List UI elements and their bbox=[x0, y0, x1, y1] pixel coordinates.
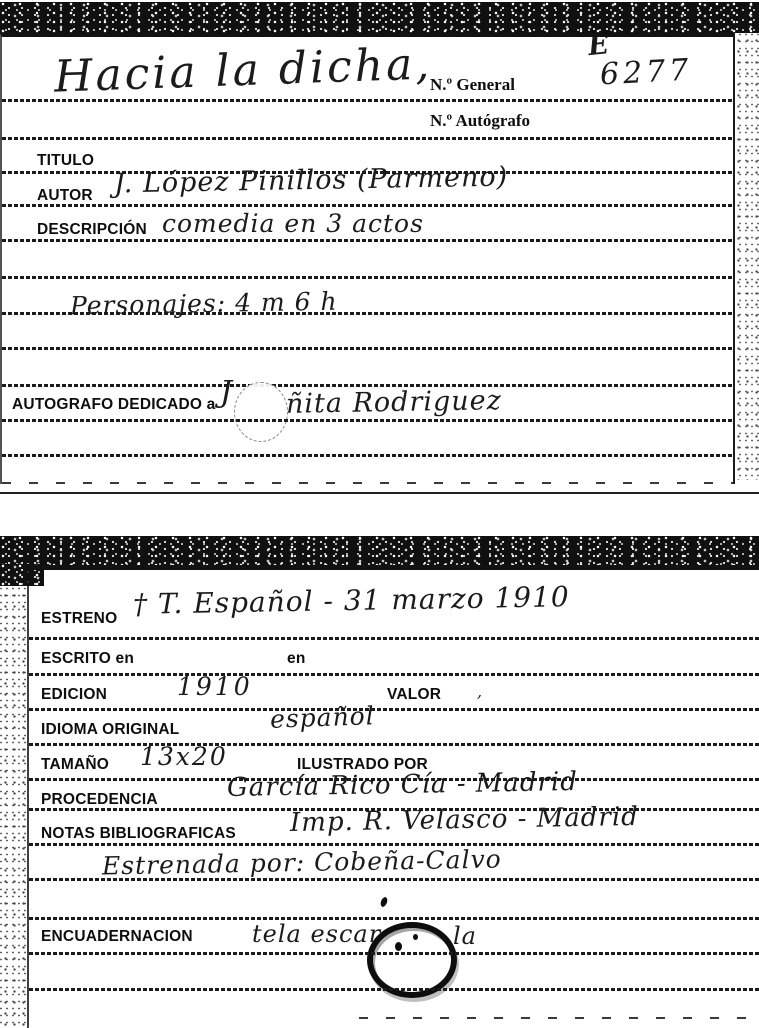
idioma-label: IDIOMA ORIGINAL bbox=[41, 721, 179, 739]
descripcion-label: DESCRIPCIÓN bbox=[37, 221, 147, 239]
autor-label: AUTOR bbox=[37, 187, 93, 205]
ink-blot-spot bbox=[395, 942, 402, 951]
scan-speckle-right bbox=[733, 33, 759, 480]
autor-value: J. López Pinillos (Parmeno) bbox=[114, 162, 509, 200]
n-general-value: 6277 bbox=[599, 53, 693, 93]
ink-blot-spot bbox=[413, 934, 418, 940]
ink-blot-spot bbox=[379, 896, 388, 907]
scan-speckle-left bbox=[0, 566, 26, 1028]
notas-value: Imp. R. Velasco - Madrid bbox=[290, 802, 639, 838]
ink-blot bbox=[367, 922, 457, 998]
dedicado-value-suffix: ñita Rodriguez bbox=[286, 385, 502, 420]
notas-label: NOTAS BIBLIOGRAFICAS bbox=[41, 825, 236, 843]
dotted-rule bbox=[2, 454, 733, 457]
encuadernacion-value-suffix: la bbox=[453, 922, 477, 950]
dotted-rule bbox=[2, 204, 733, 207]
idioma-value: español bbox=[270, 701, 376, 734]
dedicado-value-prefix: J bbox=[220, 375, 233, 410]
procedencia-value: García Rico Cía - Madrid bbox=[227, 767, 578, 803]
escrito-en2-label: en bbox=[287, 650, 306, 668]
dotted-rule bbox=[2, 347, 733, 350]
n-general-label: N.º General bbox=[430, 75, 515, 95]
valor-mark: , bbox=[477, 682, 483, 701]
card-bottom-dashed-edge bbox=[2, 482, 733, 484]
dotted-rule bbox=[29, 637, 759, 640]
dotted-rule bbox=[29, 673, 759, 676]
escrito-label: ESCRITO en bbox=[41, 650, 134, 668]
titulo-label: TITULO bbox=[37, 152, 94, 170]
dotted-rule bbox=[2, 276, 733, 279]
scan-noise-band-top bbox=[0, 2, 759, 33]
encuadernacion-label: ENCUADERNACION bbox=[41, 928, 193, 946]
n-autografo-label: N.º Autógrafo bbox=[430, 111, 530, 131]
tamano-value: 13x20 bbox=[140, 742, 228, 771]
procedencia-label: PROCEDENCIA bbox=[41, 791, 158, 809]
catalog-card-front: Hacia la dicha, N.º General 6277 N.º Aut… bbox=[0, 33, 735, 484]
scan-noise-band-middle bbox=[0, 536, 759, 566]
dotted-rule bbox=[2, 239, 733, 242]
descripcion-value: comedia en 3 actos bbox=[162, 209, 424, 238]
dotted-rule bbox=[2, 99, 733, 102]
card-bottom-dashed-edge bbox=[359, 1017, 759, 1019]
encuadernacion-value-prefix: tela escar bbox=[252, 920, 381, 948]
dedicado-label: AUTOGRAFO DEDICADO a bbox=[12, 396, 216, 414]
dotted-rule bbox=[2, 419, 733, 422]
dotted-rule bbox=[29, 878, 759, 881]
dotted-rule bbox=[2, 137, 733, 140]
estreno-value: † T. Español - 31 marzo 1910 bbox=[133, 580, 570, 621]
dotted-rule bbox=[29, 988, 759, 991]
estreno-label: ESTRENO bbox=[41, 610, 117, 628]
catalog-card-back: ESTRENO † T. Español - 31 marzo 1910 ESC… bbox=[27, 565, 759, 1028]
handwritten-title: Hacia la dicha, bbox=[53, 38, 433, 102]
edicion-value: 1910 bbox=[177, 672, 253, 701]
ink-smudge bbox=[234, 382, 288, 442]
tamano-label: TAMAÑO bbox=[41, 756, 109, 774]
valor-label: VALOR bbox=[387, 686, 441, 704]
dotted-rule bbox=[29, 917, 759, 920]
scan-separator-line bbox=[0, 492, 759, 494]
edicion-label: EDICION bbox=[41, 686, 107, 704]
dotted-rule bbox=[29, 743, 759, 746]
estrenada-note: Estrenada por: Cobeña-Calvo bbox=[102, 845, 502, 881]
dotted-rule bbox=[29, 708, 759, 711]
dotted-rule bbox=[29, 952, 759, 955]
personajes-note: Personajes: 4 m 6 h bbox=[70, 287, 338, 321]
